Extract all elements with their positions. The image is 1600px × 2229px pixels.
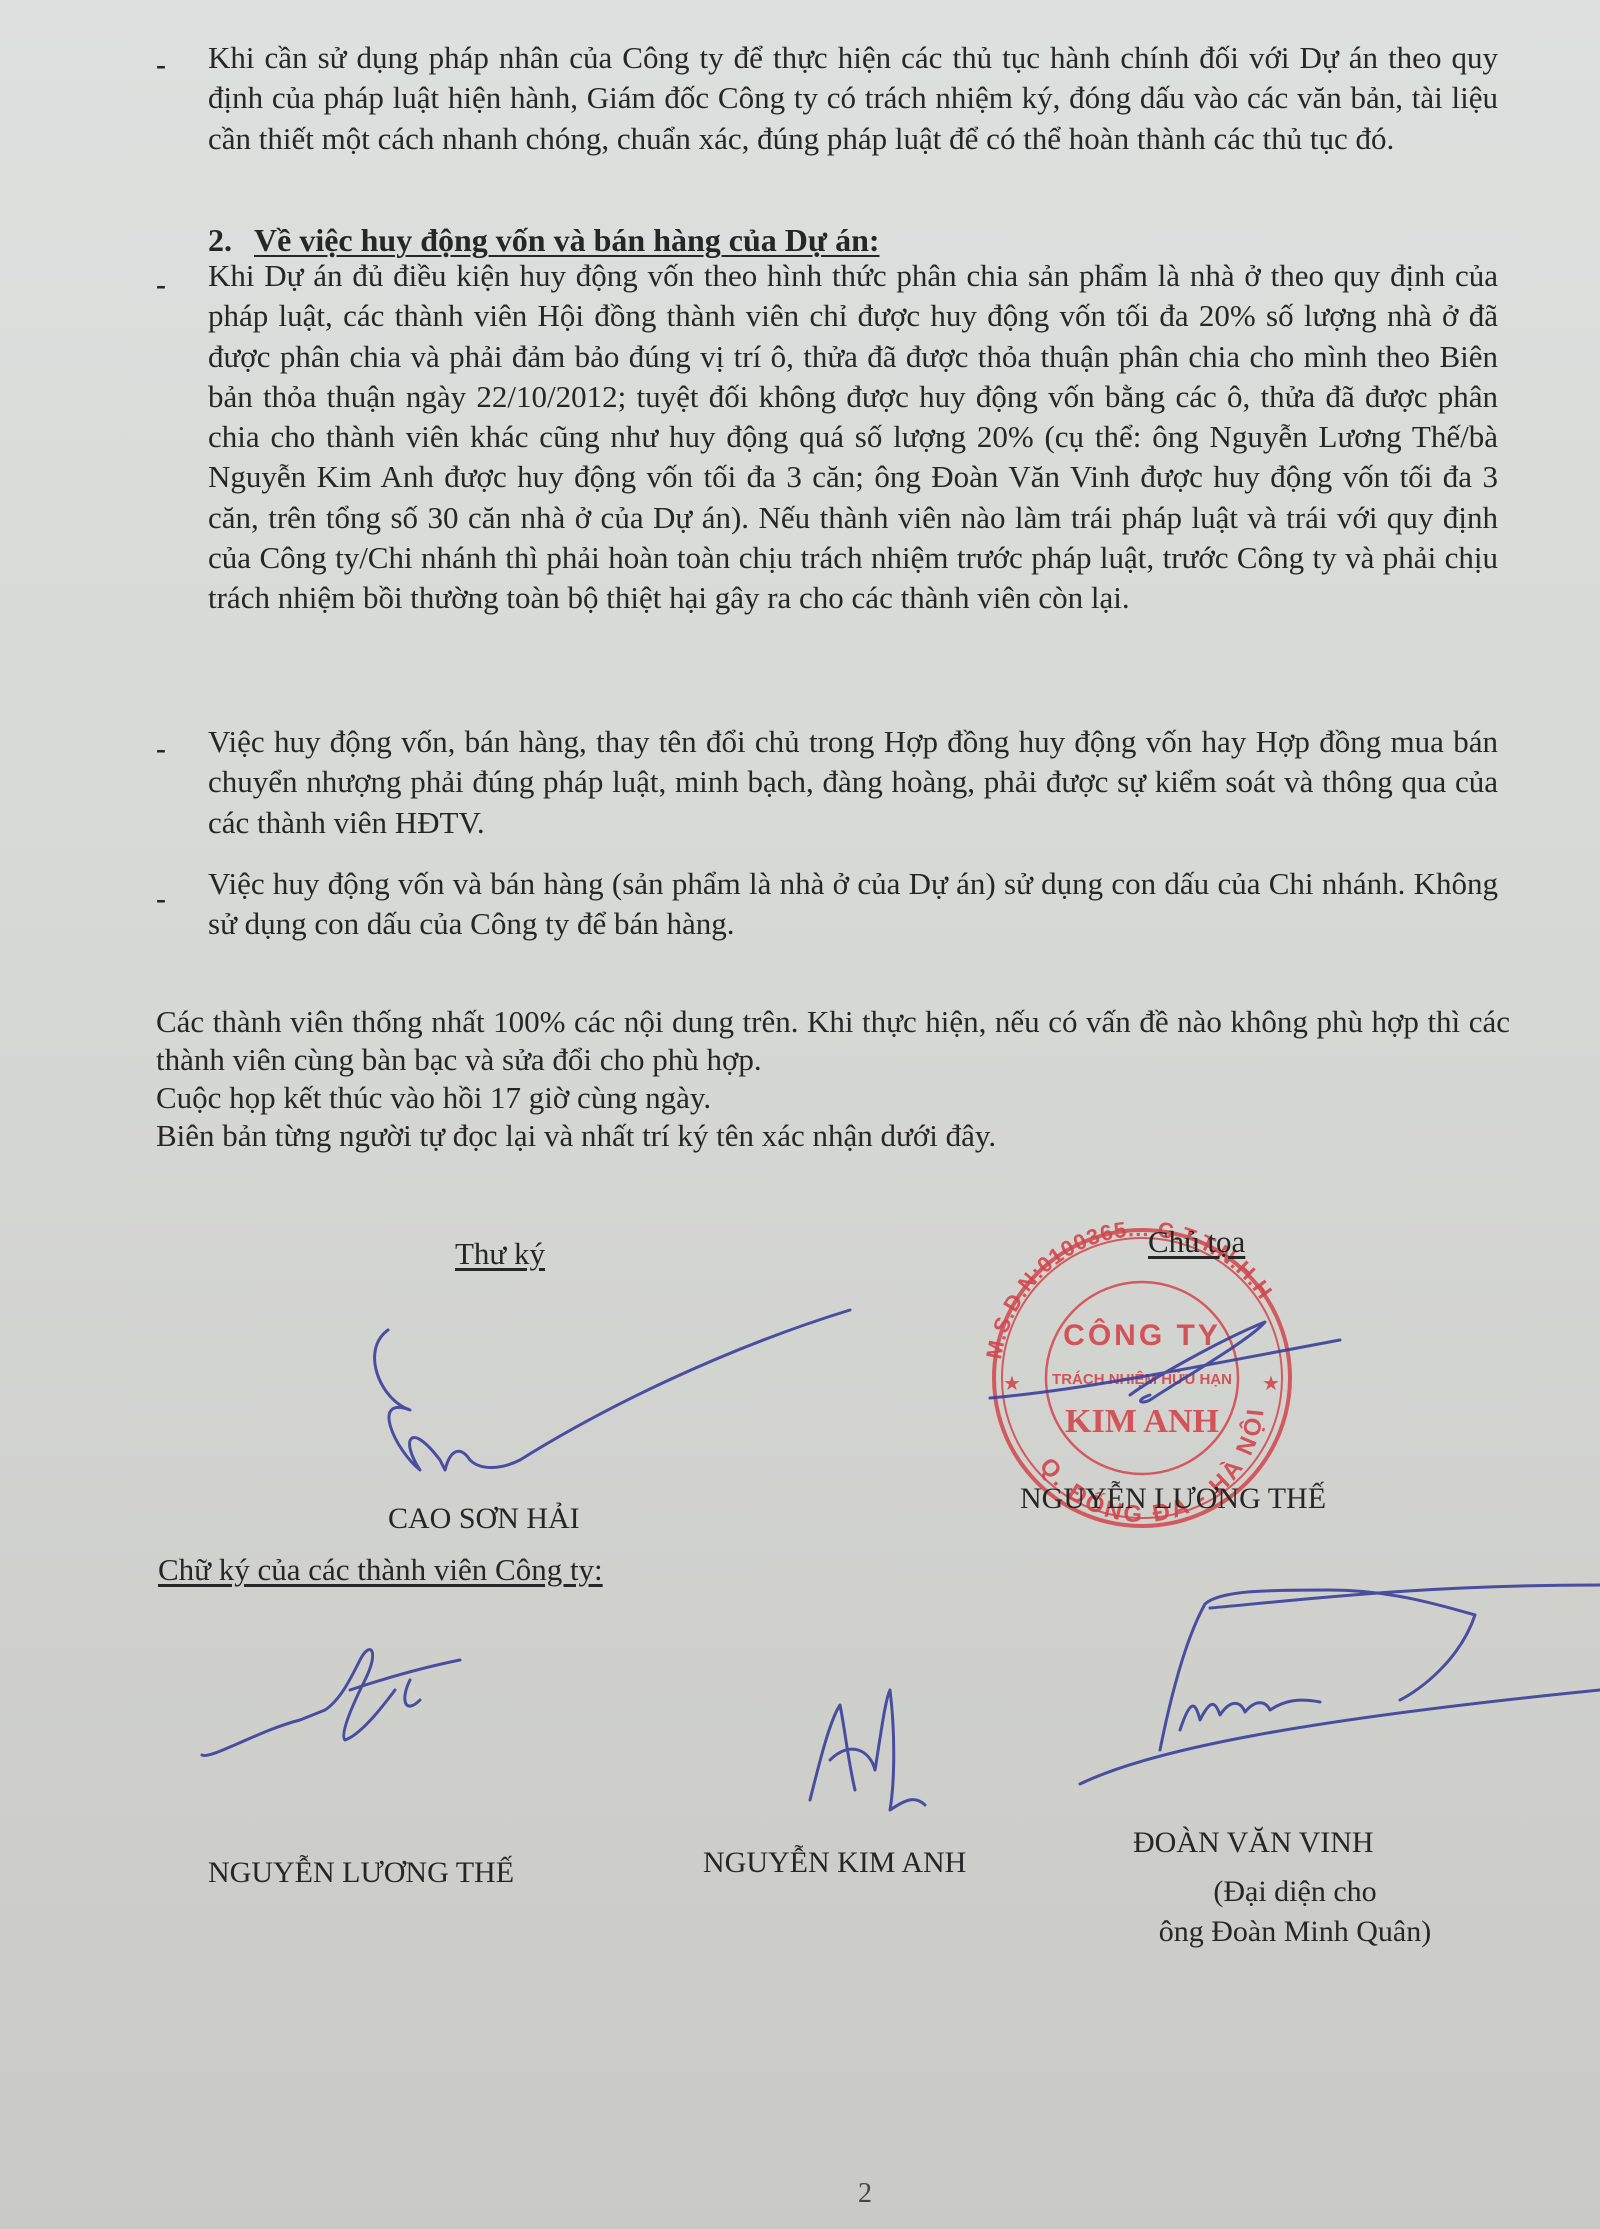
svg-text:CÔNG TY: CÔNG TY bbox=[1063, 1318, 1221, 1352]
closing-text: Các thành viên thống nhất 100% các nội d… bbox=[156, 1003, 1510, 1155]
member-name: NGUYỄN LƯƠNG THẾ bbox=[208, 1856, 514, 1890]
member-3-signature bbox=[1080, 1585, 1600, 1784]
paragraph-text: Việc huy động vốn và bán hàng (sản phẩm … bbox=[208, 864, 1498, 945]
member-name: NGUYỄN KIM ANH bbox=[703, 1846, 966, 1880]
closing-line: Biên bản từng người tự đọc lại và nhất t… bbox=[156, 1117, 1510, 1155]
paragraph-text: Việc huy động vốn, bán hàng, thay tên đổ… bbox=[208, 722, 1498, 843]
member-representation-note: (Đại diện cho ông Đoàn Minh Quân) bbox=[1110, 1872, 1480, 1952]
svg-text:KIM ANH: KIM ANH bbox=[1065, 1403, 1219, 1440]
bullet-dash: - bbox=[156, 268, 166, 302]
document-page: - Khi cần sử dụng pháp nhân của Công ty … bbox=[0, 0, 1600, 2229]
closing-line: Cuộc họp kết thúc vào hồi 17 giờ cùng ng… bbox=[156, 1079, 1510, 1117]
paragraph-text: Khi Dự án đủ điều kiện huy động vốn theo… bbox=[208, 256, 1498, 619]
member-name: ĐOÀN VĂN VINH bbox=[1133, 1826, 1374, 1860]
section-number: 2. bbox=[208, 222, 232, 258]
secretary-signature bbox=[375, 1310, 850, 1470]
members-heading: Chữ ký của các thành viên Công ty: bbox=[158, 1552, 603, 1588]
paragraph-text: Khi cần sử dụng pháp nhân của Công ty để… bbox=[208, 38, 1498, 159]
member-1-signature bbox=[202, 1650, 460, 1756]
svg-text:TRÁCH NHIỆM HỮU HẠN: TRÁCH NHIỆM HỮU HẠN bbox=[1052, 1370, 1232, 1388]
section-title: Về việc huy động vốn và bán hàng của Dự … bbox=[254, 222, 880, 258]
closing-line: Các thành viên thống nhất 100% các nội d… bbox=[156, 1003, 1510, 1079]
chair-signature bbox=[990, 1322, 1340, 1402]
chair-label: Chủ tọa bbox=[1148, 1224, 1245, 1260]
svg-text:★: ★ bbox=[1262, 1373, 1280, 1395]
section2-heading: 2.Về việc huy động vốn và bán hàng của D… bbox=[208, 222, 880, 259]
secretary-name: CAO SƠN HẢI bbox=[388, 1502, 580, 1536]
bullet-dash: - bbox=[156, 732, 166, 766]
bullet-dash: - bbox=[156, 882, 166, 916]
secretary-label: Thư ký bbox=[455, 1236, 545, 1272]
chair-name: NGUYỄN LƯƠNG THẾ bbox=[1020, 1482, 1326, 1516]
note-line: ông Đoàn Minh Quân) bbox=[1110, 1912, 1480, 1952]
bullet-dash: - bbox=[156, 48, 166, 82]
page-number: 2 bbox=[858, 2178, 872, 2210]
note-line: (Đại diện cho bbox=[1110, 1872, 1480, 1912]
member-2-signature bbox=[810, 1690, 925, 1810]
svg-text:★: ★ bbox=[1003, 1373, 1021, 1395]
